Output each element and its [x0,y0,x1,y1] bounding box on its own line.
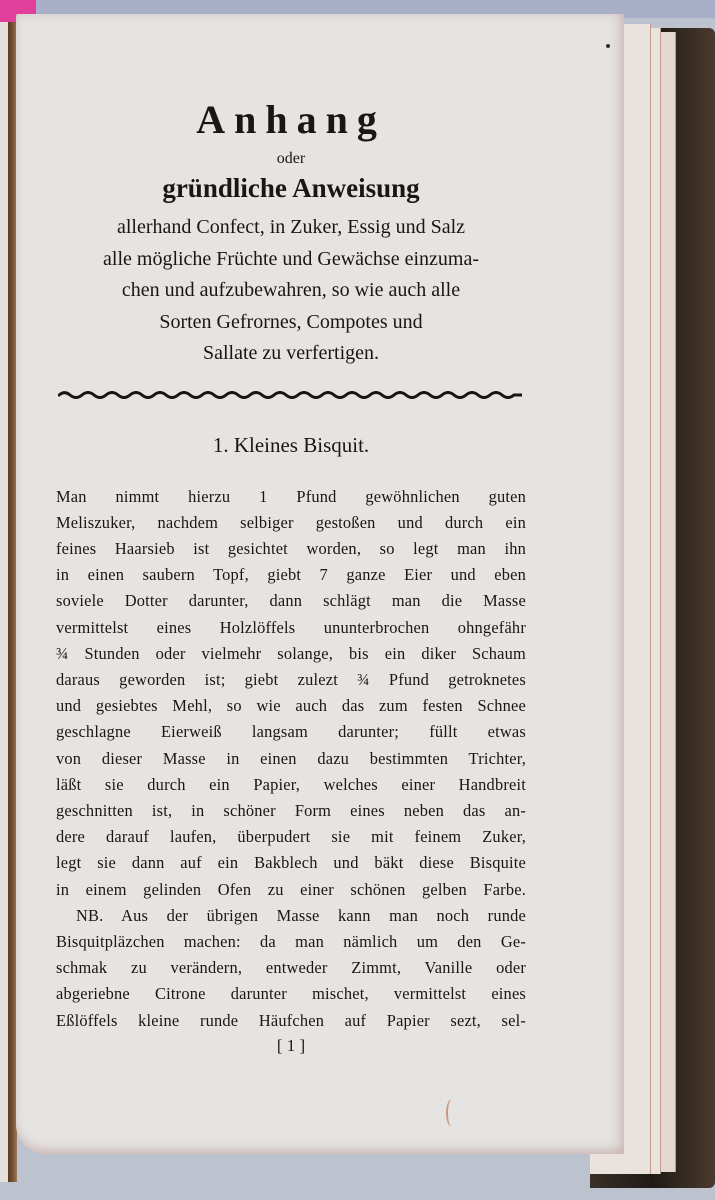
page-content: Anhang oder gründliche Anweisung allerha… [56,94,526,1056]
body-line: geschlagne Eierweiß langsam darunter; fü… [56,719,526,745]
body-line: vermittelst eines Holzlöffels ununterbro… [56,615,526,641]
body-line: geschnitten ist, in schöner Form eines n… [56,798,526,824]
body-line: soviele Dotter darunter, dann schlägt ma… [56,588,526,614]
section-number: 1. [213,433,229,457]
title-description: allerhand Confect, in Zuker, Essig und S… [56,212,526,370]
nb-line: Eßlöffels kleine runde Häufchen auf Papi… [56,1008,526,1034]
body-line: feines Haarsieb ist gesichtet worden, so… [56,536,526,562]
body-line: in einem gelinden Ofen zu einer schönen … [56,877,526,903]
page-number: [ 1 ] [56,1036,526,1056]
body-line: daraus geworden ist; giebt zulezt ¾ Pfun… [56,667,526,693]
description-line: chen und aufzubewahren, so wie auch alle [56,275,526,307]
body-line: Meliszuker, nachdem selbiger gestoßen un… [56,510,526,536]
title-connector: oder [56,148,526,170]
nb-line: NB. Aus der übrigen Masse kann man noch … [56,903,526,929]
nb-line: schmak zu verändern, entweder Zimmt, Van… [56,955,526,981]
book-page: Anhang oder gründliche Anweisung allerha… [16,14,624,1154]
paper-stain [446,1099,458,1127]
recipe-body: Man nimmt hierzu 1 Pfund gewöhnlichen gu… [56,484,526,1034]
body-line: und gesiebtes Mehl, so wie auch das zum … [56,693,526,719]
nb-line: abgeriebne Citrone darunter mischet, ver… [56,981,526,1007]
body-line: Man nimmt hierzu 1 Pfund gewöhnlichen gu… [56,484,526,510]
page-title: Anhang [56,94,526,146]
body-line: von dieser Masse in einen dazu bestimmte… [56,746,526,772]
description-line: allerhand Confect, in Zuker, Essig und S… [56,212,526,244]
nb-line: Bisquitpläzchen machen: da man nämlich u… [56,929,526,955]
section-heading: 1. Kleines Bisquit. [56,432,526,458]
body-line: in einen saubern Topf, giebt 7 ganze Eie… [56,562,526,588]
paper-speck [606,44,610,48]
body-line: legt sie dann auf ein Bakblech und bäkt … [56,850,526,876]
body-line: läßt sie durch ein Papier, welches einer… [56,772,526,798]
body-line: dere darauf laufen, überpudert sie mit f… [56,824,526,850]
page-subtitle: gründliche Anweisung [56,170,526,206]
wavy-divider [58,388,522,402]
description-line: Sorten Gefrornes, Compotes und [56,307,526,339]
body-line: ¾ Stunden oder vielmehr solange, bis ein… [56,641,526,667]
description-line: Sallate zu verfertigen. [56,338,526,370]
section-title: Kleines Bisquit. [234,433,369,457]
description-line: alle mögliche Früchte und Gewächse einzu… [56,244,526,276]
